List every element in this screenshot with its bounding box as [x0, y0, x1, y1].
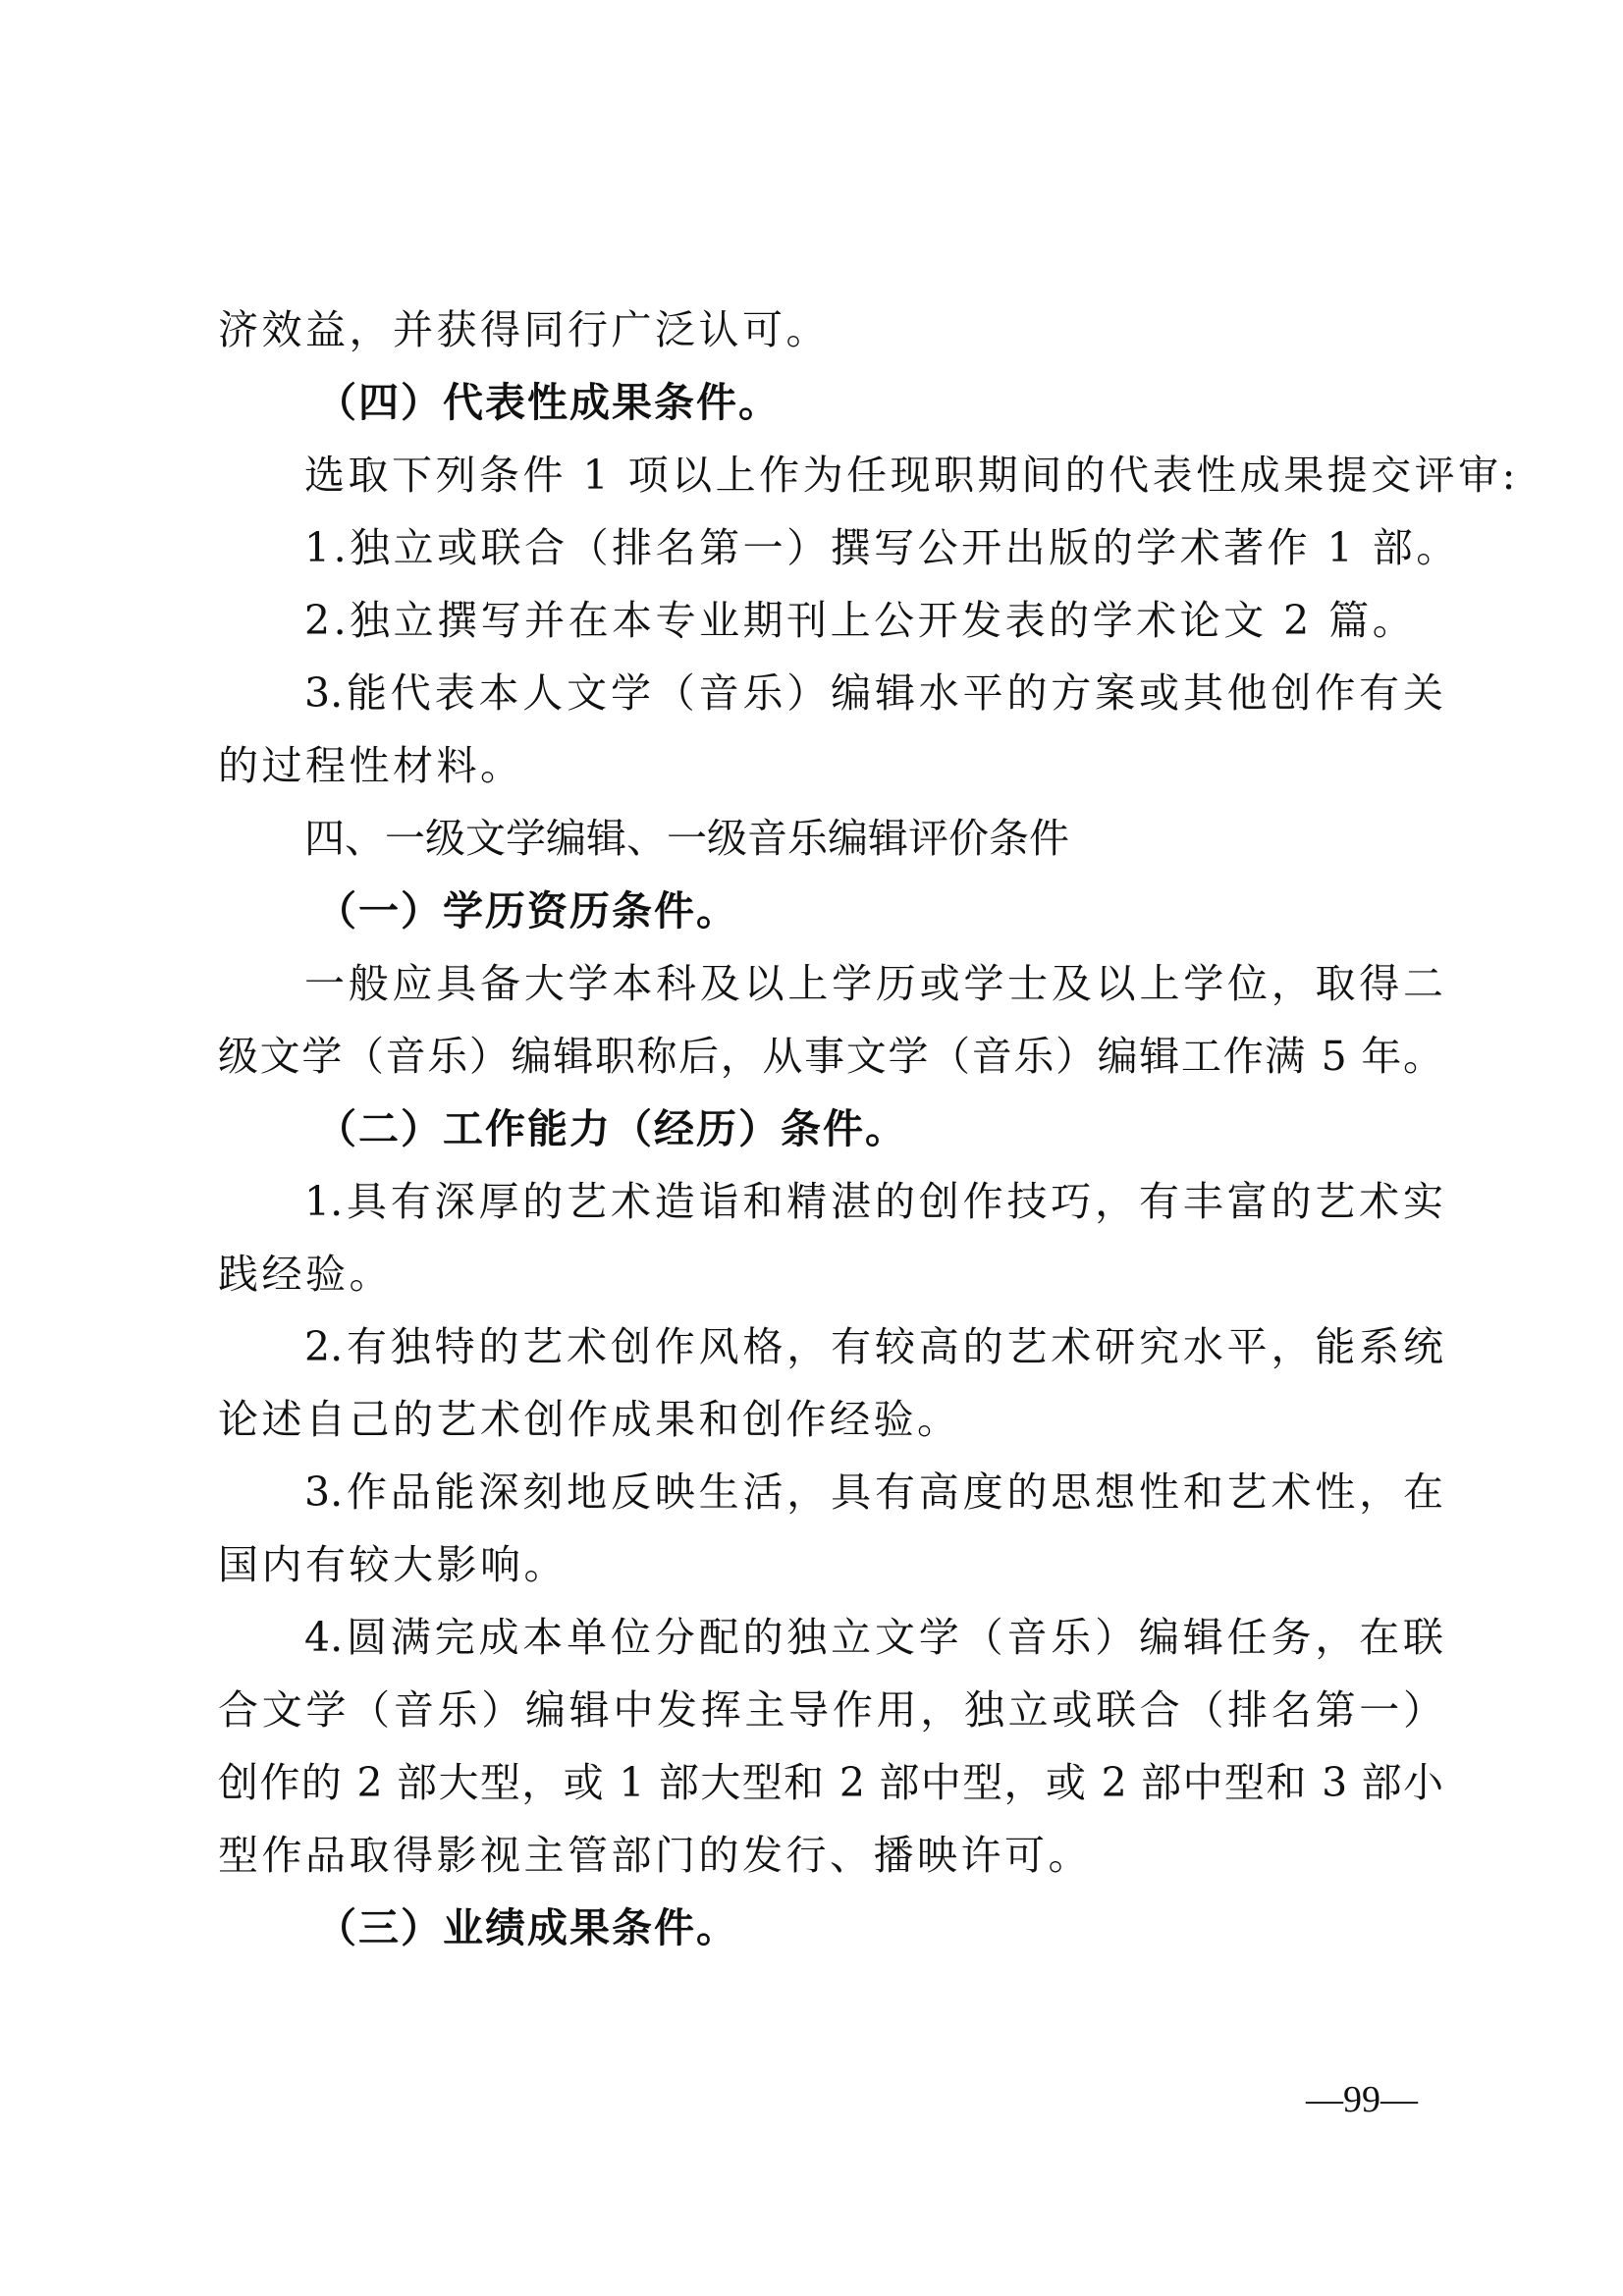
body-text-line: 国内有较大影响。 [218, 1537, 1443, 1610]
section-subheading-representative-results: （四）代表性成果条件。 [218, 375, 1443, 448]
section-heading-level-one-editor: 四、一级文学编辑、一级音乐编辑评价条件 [218, 811, 1443, 883]
list-item-3: 3.能代表本人文学（音乐）编辑水平的方案或其他创作有关 [218, 666, 1443, 738]
list-item-3: 3.作品能深刻地反映生活，具有高度的思想性和艺术性，在 [218, 1465, 1443, 1537]
document-page: 济效益，并获得同行广泛认可。 （四）代表性成果条件。 选取下列条件 1 项以上作… [0, 0, 1623, 2296]
list-item-2: 2.有独特的艺术创作风格，有较高的艺术研究水平，能系统 [218, 1319, 1443, 1392]
section-subheading-work-ability: （二）工作能力（经历）条件。 [218, 1101, 1443, 1174]
section-subheading-education: （一）学历资历条件。 [218, 883, 1443, 956]
list-item-4: 4.圆满完成本单位分配的独立文学（音乐）编辑任务，在联 [218, 1610, 1443, 1682]
body-text-line: 践经验。 [218, 1247, 1443, 1319]
body-text-line: 合文学（音乐）编辑中发挥主导作用，独立或联合（排名第一） [218, 1682, 1443, 1755]
page-number: —99— [1306, 2078, 1418, 2121]
section-subheading-achievements: （三）业绩成果条件。 [218, 1900, 1443, 1973]
body-text-line: 创作的 2 部大型，或 1 部大型和 2 部中型，或 2 部中型和 3 部小 [218, 1755, 1443, 1828]
list-item-1: 1.独立或联合（排名第一）撰写公开出版的学术著作 1 部。 [218, 520, 1443, 593]
list-item-1: 1.具有深厚的艺术造诣和精湛的创作技巧，有丰富的艺术实 [218, 1174, 1443, 1247]
page-body: 济效益，并获得同行广泛认可。 （四）代表性成果条件。 选取下列条件 1 项以上作… [218, 302, 1443, 1973]
list-item-2: 2.独立撰写并在本专业期刊上公开发表的学术论文 2 篇。 [218, 593, 1443, 666]
body-text-line: 型作品取得影视主管部门的发行、播映许可。 [218, 1828, 1443, 1900]
body-text-line: 级文学（音乐）编辑职称后，从事文学（音乐）编辑工作满 5 年。 [218, 1029, 1443, 1101]
body-text-line: 选取下列条件 1 项以上作为任现职期间的代表性成果提交评审: [218, 448, 1443, 520]
body-text-line: 济效益，并获得同行广泛认可。 [218, 302, 1443, 375]
body-text-line: 论述自己的艺术创作成果和创作经验。 [218, 1392, 1443, 1465]
body-text-line: 一般应具备大学本科及以上学历或学士及以上学位，取得二 [218, 956, 1443, 1029]
body-text-line: 的过程性材料。 [218, 738, 1443, 811]
